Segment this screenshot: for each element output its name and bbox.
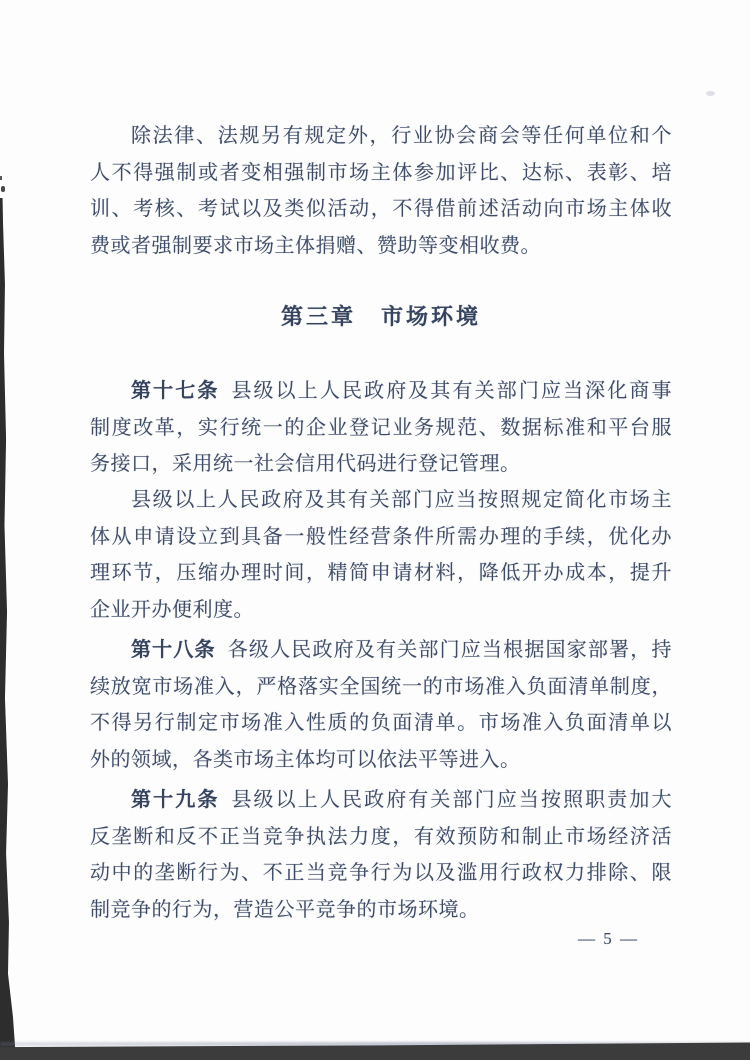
article-18-number: 第十八条 bbox=[131, 639, 228, 661]
text-line: 动中的垄断行为、不正当竞争行为以及滥用行政权力排除、限 bbox=[90, 855, 672, 892]
article-19-number: 第十九条 bbox=[131, 789, 231, 811]
article-17-number: 第十七条 bbox=[131, 380, 231, 402]
text-line: 县级以上人民政府及其有关部门应当按照规定简化市场主 bbox=[90, 482, 672, 519]
text-line: 训、考核、考试以及类似活动，不得借前述活动向市场主体收 bbox=[90, 191, 672, 228]
text-line: 第十九条县级以上人民政府有关部门应当按照职责加大 bbox=[90, 782, 672, 819]
article-17-paragraph-1: 第十七条县级以上人民政府及其有关部门应当深化商事 制度改革，实行统一的企业登记业… bbox=[90, 373, 672, 483]
top-right-scan-smudge bbox=[706, 91, 715, 96]
text-line: 不得另行制定市场准入性质的负面清单。市场准入负面清单以 bbox=[90, 705, 672, 742]
article-18-paragraph: 第十八条各级人民政府及有关部门应当根据国家部署，持 续放宽市场准入，严格落实全国… bbox=[90, 632, 672, 778]
document-page: 除法律、法规另有规定外，行业协会商会等任何单位和个 人不得强制或者变相强制市场主… bbox=[0, 0, 750, 1060]
chapter-heading: 第三章 市场环境 bbox=[90, 300, 672, 331]
article-19-line-1: 县级以上人民政府有关部门应当按照职责加大 bbox=[231, 789, 672, 811]
text-line: 反垄断和反不正当竞争执法力度，有效预防和制止市场经济活 bbox=[90, 819, 672, 856]
text-line: 理环节，压缩办理时间，精简申请材料，降低开办成本，提升 bbox=[90, 555, 672, 592]
article-19-paragraph: 第十九条县级以上人民政府有关部门应当按照职责加大 反垄断和反不正当竞争执法力度，… bbox=[90, 782, 672, 928]
text-line: 除法律、法规另有规定外，行业协会商会等任何单位和个 bbox=[90, 118, 672, 155]
paragraph-continuation: 除法律、法规另有规定外，行业协会商会等任何单位和个 人不得强制或者变相强制市场主… bbox=[90, 118, 672, 264]
text-line: 制度改革，实行统一的企业登记业务规范、数据标准和平台服 bbox=[90, 410, 672, 447]
left-edge-scan-speck bbox=[1, 186, 5, 192]
text-line: 第十七条县级以上人民政府及其有关部门应当深化商事 bbox=[90, 373, 672, 410]
text-line: 务接口，采用统一社会信用代码进行登记管理。 bbox=[90, 446, 672, 483]
text-line: 费或者强制要求市场主体捐赠、赞助等变相收费。 bbox=[90, 228, 672, 265]
text-line: 企业开办便利度。 bbox=[90, 592, 672, 629]
text-line: 第十八条各级人民政府及有关部门应当根据国家部署，持 bbox=[90, 632, 672, 669]
text-line: 体从申请设立到具备一般性经营条件所需办理的手续，优化办 bbox=[90, 519, 672, 556]
text-line: 制竞争的行为，营造公平竞争的市场环境。 bbox=[90, 892, 672, 929]
article-17-line-1: 县级以上人民政府及其有关部门应当深化商事 bbox=[231, 380, 672, 402]
left-edge-scan-speck bbox=[0, 176, 2, 180]
article-18-line-1: 各级人民政府及有关部门应当根据国家部署，持 bbox=[228, 639, 672, 661]
article-17-paragraph-2: 县级以上人民政府及其有关部门应当按照规定简化市场主 体从申请设立到具备一般性经营… bbox=[90, 482, 672, 628]
page-number: — 5 — bbox=[578, 929, 658, 949]
text-line: 外的领域，各类市场主体均可以依法平等进入。 bbox=[90, 742, 672, 779]
text-line: 续放宽市场准入，严格落实全国统一的市场准入负面清单制度， bbox=[90, 669, 672, 706]
text-line: 人不得强制或者变相强制市场主体参加评比、达标、表彰、培 bbox=[90, 155, 672, 192]
left-edge-scan-artifact bbox=[0, 198, 16, 1060]
